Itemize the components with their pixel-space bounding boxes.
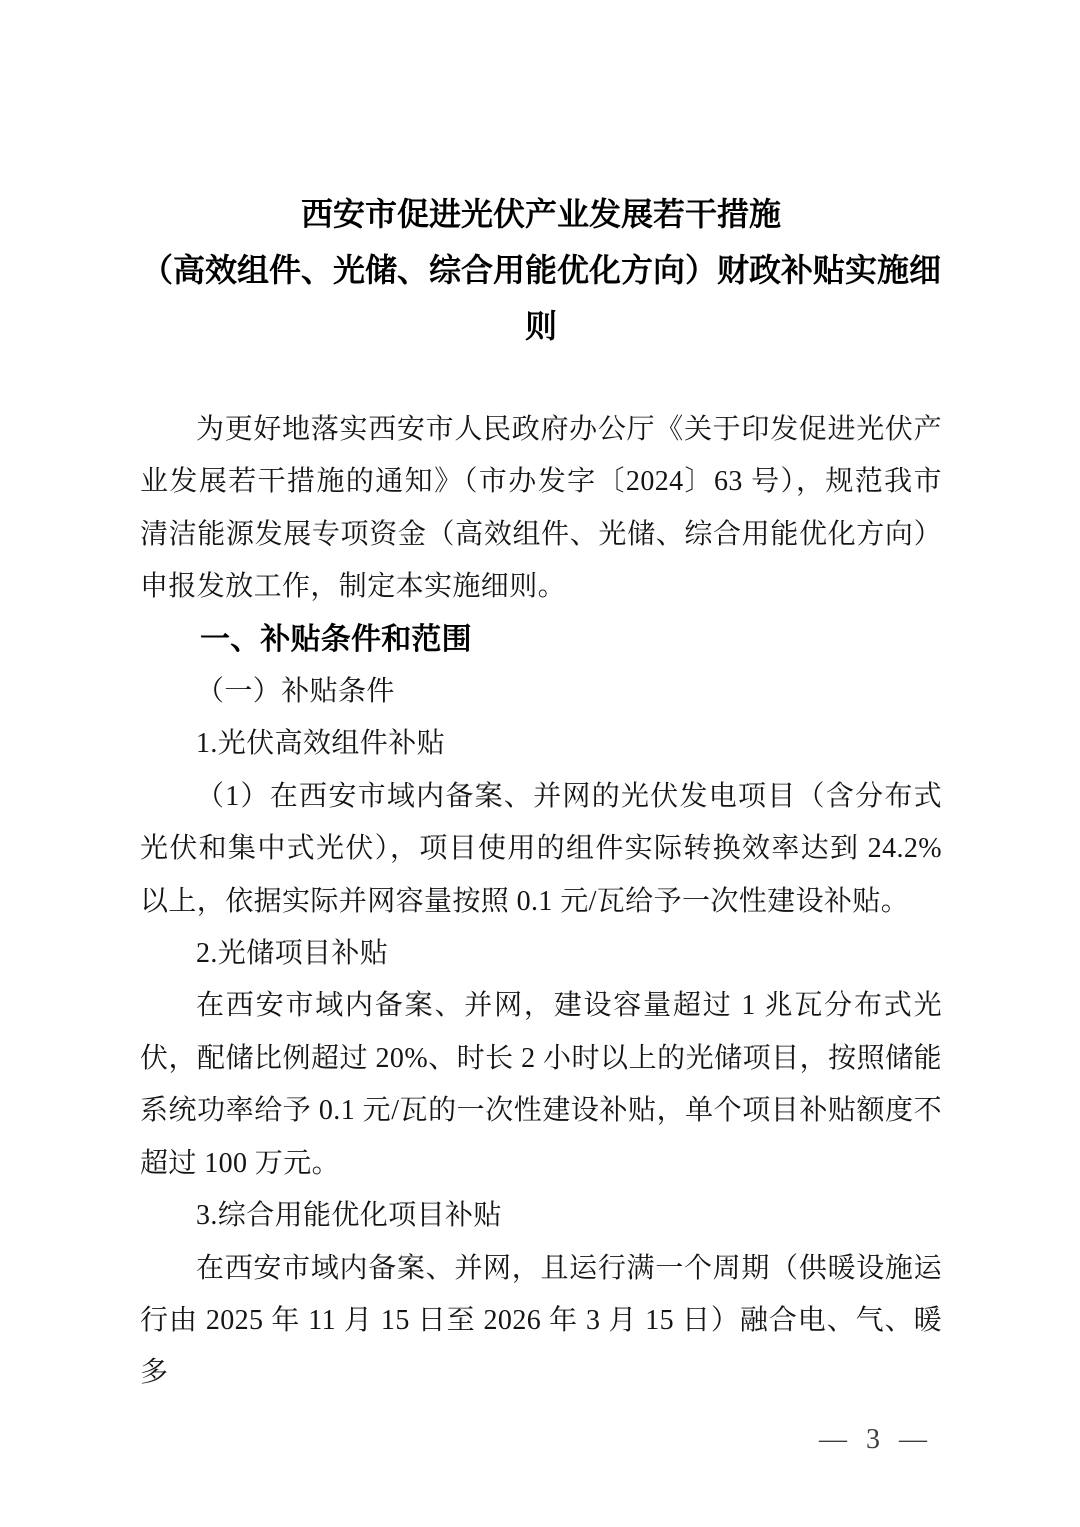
item-heading-integrated-energy-optimization-subsidy: 3.综合用能优化项目补贴 [140, 1190, 942, 1242]
item-heading-pv-high-efficiency-module-subsidy: 1.光伏高效组件补贴 [140, 718, 942, 770]
page-content: 西安市促进光伏产业发展若干措施 （高效组件、光储、综合用能优化方向）财政补贴实施… [140, 186, 942, 1400]
paragraph-pv-storage-subsidy-detail: 在西安市域内备案、并网，建设容量超过 1 兆瓦分布式光伏，配储比例超过 20%、… [140, 980, 942, 1190]
section-heading-subsidy-conditions-and-scope: 一、补贴条件和范围 [140, 614, 942, 666]
document-title: 西安市促进光伏产业发展若干措施 （高效组件、光储、综合用能优化方向）财政补贴实施… [140, 186, 942, 354]
document-body: 为更好地落实西安市人民政府办公厅《关于印发促进光伏产业发展若干措施的通知》（市办… [140, 404, 942, 1400]
item-heading-pv-storage-project-subsidy: 2.光储项目补贴 [140, 928, 942, 980]
document-title-line-1: 西安市促进光伏产业发展若干措施 [140, 186, 942, 242]
paragraph-integrated-energy-subsidy-detail: 在西安市域内备案、并网，且运行满一个周期（供暖设施运行由 2025 年 11 月… [140, 1243, 942, 1400]
paragraph-pv-module-subsidy-detail: （1）在西安市域内备案、并网的光伏发电项目（含分布式光伏和集中式光伏），项目使用… [140, 771, 942, 928]
document-page: 西安市促进光伏产业发展若干措施 （高效组件、光储、综合用能优化方向）财政补贴实施… [0, 0, 1080, 1527]
document-title-line-2: （高效组件、光储、综合用能优化方向）财政补贴实施细则 [140, 242, 942, 354]
intro-paragraph: 为更好地落实西安市人民政府办公厅《关于印发促进光伏产业发展若干措施的通知》（市办… [140, 404, 942, 614]
page-number: — 3 — [819, 1424, 928, 1456]
subsection-heading-subsidy-conditions: （一）补贴条件 [140, 666, 942, 718]
